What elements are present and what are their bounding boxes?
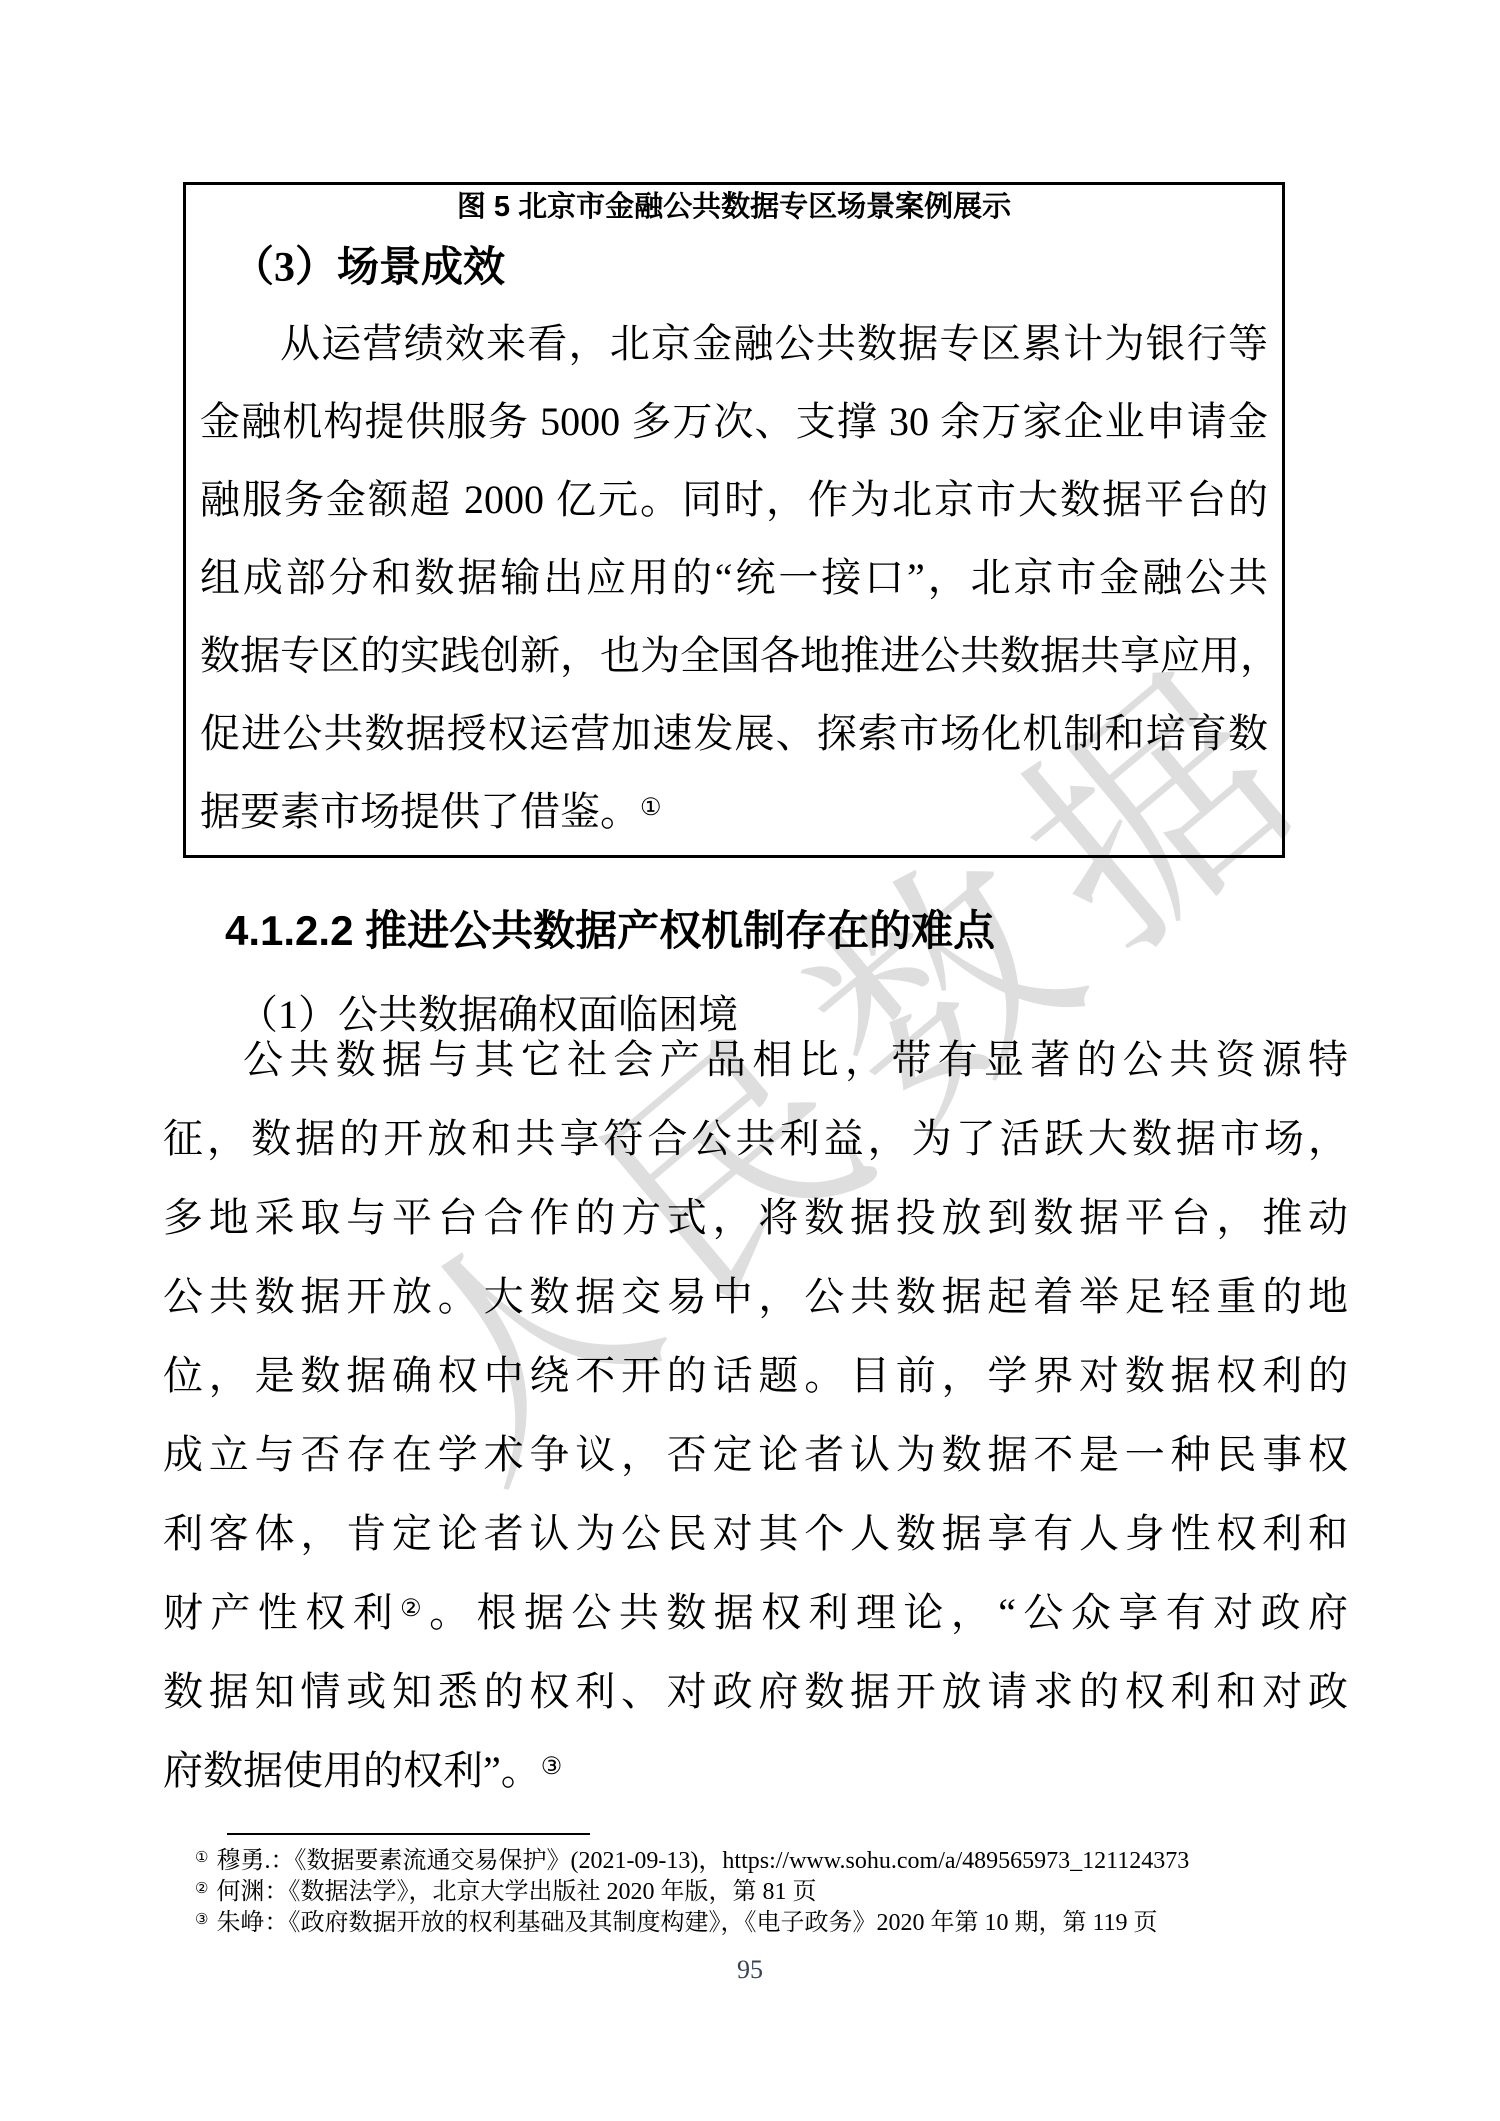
body-paragraph-line: 征，数据的开放和共享符合公共利益，为了活跃大数据市场， xyxy=(163,1099,1348,1178)
body-paragraph-line: 多地采取与平台合作的方式，将数据投放到数据平台，推动 xyxy=(163,1178,1348,1257)
box-paragraph-line: 组成部分和数据输出应用的“统一接口”，北京市金融公共 xyxy=(200,539,1268,617)
box-paragraph-line: 促进公共数据授权运营加速发展、探索市场化机制和培育数 xyxy=(200,695,1268,773)
figure-case-box: 图 5 北京市金融公共数据专区场景案例展示 （3）场景成效 从运营绩效来看，北京… xyxy=(183,182,1285,858)
footnote: ②何渊：《数据法学》，北京大学出版社 2020 年版，第 81 页 xyxy=(195,1877,1335,1908)
body-paragraph-line: 公共数据与其它社会产品相比，带有显著的公共资源特 xyxy=(163,1020,1348,1099)
box-heading: （3）场景成效 xyxy=(232,243,1282,293)
body-paragraph-line: 数据知情或知悉的权利、对政府数据开放请求的权利和对政 xyxy=(163,1652,1348,1731)
figure-caption: 图 5 北京市金融公共数据专区场景案例展示 xyxy=(186,189,1282,225)
footnote-ref: ① xyxy=(640,795,662,821)
footnote: ③朱峥：《政府数据开放的权利基础及其制度构建》，《电子政务》2020 年第 10… xyxy=(195,1908,1335,1939)
box-paragraph-line: 数据专区的实践创新，也为全国各地推进公共数据共享应用， xyxy=(200,617,1268,695)
body-paragraph-line: 府数据使用的权利”。③ xyxy=(163,1731,1348,1810)
box-paragraph-line: 融服务金额超 2000 亿元。同时，作为北京市大数据平台的 xyxy=(200,461,1268,539)
box-paragraph-line: 金融机构提供服务 5000 多万次、支撑 30 余万家企业申请金 xyxy=(200,383,1268,461)
document-page: 人民数据 图 5 北京市金融公共数据专区场景案例展示 （3）场景成效 从运营绩效… xyxy=(0,0,1500,2121)
page-number: 95 xyxy=(0,1955,1500,1985)
body-paragraph-line: 财产性权利②。根据公共数据权利理论，“公众享有对政府 xyxy=(163,1573,1348,1652)
footnote-ref: ③ xyxy=(541,1754,563,1780)
box-paragraph: 从运营绩效来看，北京金融公共数据专区累计为银行等金融机构提供服务 5000 多万… xyxy=(186,305,1282,851)
box-paragraph-line: 从运营绩效来看，北京金融公共数据专区累计为银行等 xyxy=(200,305,1268,383)
footnote-text: 穆勇.：《数据要素流通交易保护》(2021-09-13)，https://www… xyxy=(216,1848,1189,1874)
footnote-separator xyxy=(227,1833,590,1835)
body-paragraph-line: 利客体，肯定论者认为公民对其个人数据享有人身性权利和 xyxy=(163,1494,1348,1573)
footnote-text: 朱峥：《政府数据开放的权利基础及其制度构建》，《电子政务》2020 年第 10 … xyxy=(216,1910,1157,1936)
footnote-text: 何渊：《数据法学》，北京大学出版社 2020 年版，第 81 页 xyxy=(216,1879,816,1905)
footnotes: ①穆勇.：《数据要素流通交易保护》(2021-09-13)，https://ww… xyxy=(195,1846,1335,1939)
body-paragraph-line: 公共数据开放。大数据交易中，公共数据起着举足轻重的地 xyxy=(163,1257,1348,1336)
box-paragraph-line: 据要素市场提供了借鉴。① xyxy=(200,773,1268,851)
footnote-ref: ② xyxy=(400,1596,429,1622)
footnote-marker: ① xyxy=(195,1850,208,1866)
body-paragraph-line: 成立与否存在学术争议，否定论者认为数据不是一种民事权 xyxy=(163,1415,1348,1494)
footnote: ①穆勇.：《数据要素流通交易保护》(2021-09-13)，https://ww… xyxy=(195,1846,1335,1877)
body-paragraph-line: 位，是数据确权中绕不开的话题。目前，学界对数据权利的 xyxy=(163,1336,1348,1415)
body-paragraph: 公共数据与其它社会产品相比，带有显著的公共资源特征，数据的开放和共享符合公共利益… xyxy=(163,1020,1348,1810)
section-heading: 4.1.2.2 推进公共数据产权机制存在的难点 xyxy=(225,905,995,957)
footnote-marker: ③ xyxy=(195,1912,208,1928)
footnote-marker: ② xyxy=(195,1881,208,1897)
